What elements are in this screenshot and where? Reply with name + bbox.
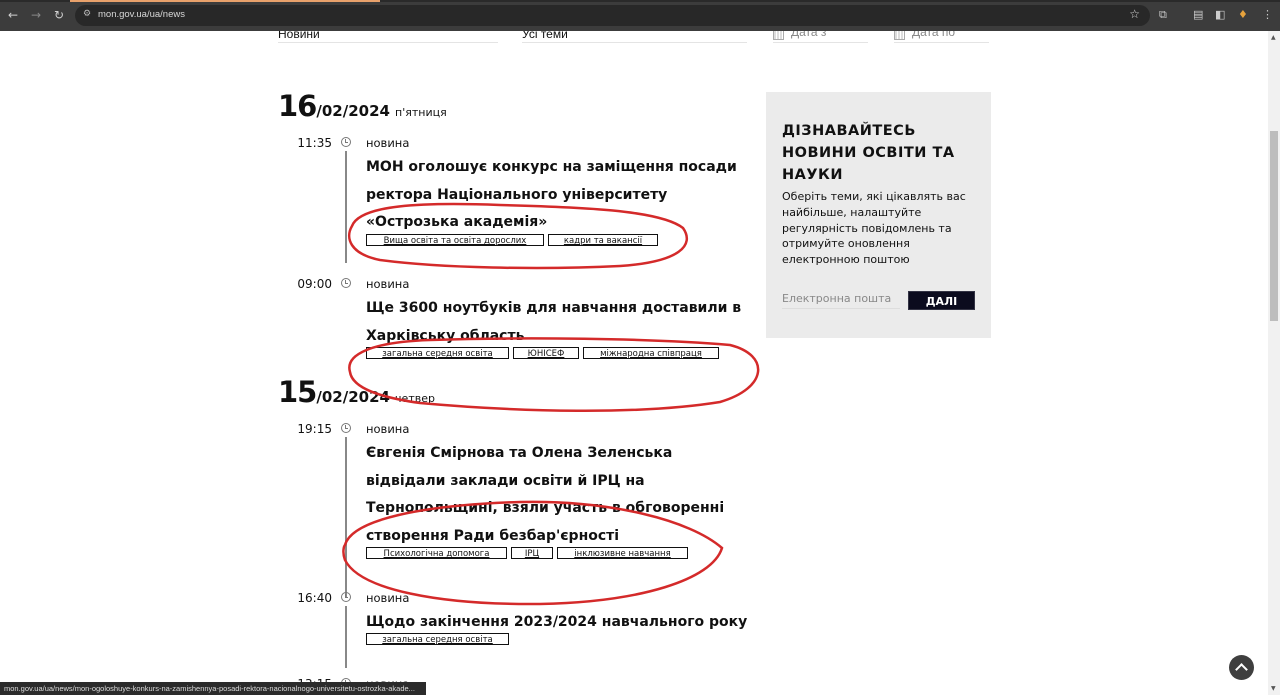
tag[interactable]: міжнародна співпраця	[583, 347, 719, 359]
news-time: 16:40	[296, 591, 332, 605]
reading-list-icon[interactable]: ▤	[1193, 8, 1203, 21]
news-title-link[interactable]: Ще 3600 ноутбуків для навчання доставили…	[366, 295, 746, 350]
tag[interactable]: кадри та вакансії	[548, 234, 658, 246]
browser-toolbar: ← → ↻ ⚙ mon.gov.ua/ua/news ☆ ⧉ ▤ ◧ ♦ ⋮	[0, 0, 1280, 31]
tag[interactable]: Вища освіта та освіта дорослих	[366, 234, 544, 246]
type-filter-value: Новини	[278, 31, 320, 41]
scroll-down-arrow-icon[interactable]: ▼	[1271, 685, 1276, 692]
news-type: новина	[366, 422, 409, 436]
extension-flame-icon[interactable]: ♦	[1238, 8, 1248, 21]
topic-filter[interactable]: Усі теми	[522, 31, 747, 43]
day-header: 16/02/2024 п'ятниця	[278, 89, 447, 123]
tag[interactable]: Психологічна допомога	[366, 547, 507, 559]
timeline-line	[345, 606, 347, 668]
news-title-link[interactable]: МОН оголошує конкурс на заміщення посади…	[366, 154, 746, 237]
tag[interactable]: загальна середня освіта	[366, 633, 509, 645]
newsletter-promo: ДІЗНАВАЙТЕСЬ НОВИНИ ОСВІТИ ТА НАУКИ Обер…	[766, 92, 991, 338]
news-type: новина	[366, 277, 409, 291]
tag[interactable]: ІРЦ	[511, 547, 553, 559]
month-year: /02/2024	[316, 102, 390, 120]
day-number: 15	[278, 375, 316, 409]
page-scrollbar[interactable]: ▲ ▼	[1268, 31, 1280, 695]
clock-icon	[341, 137, 351, 147]
tag-list: загальна середня освіта	[366, 633, 509, 645]
tag[interactable]: ЮНІСЕФ	[513, 347, 579, 359]
forward-icon[interactable]: →	[29, 8, 43, 22]
clock-icon	[341, 423, 351, 433]
month-year: /02/2024	[316, 388, 390, 406]
news-type: новина	[366, 136, 409, 150]
type-filter[interactable]: Новини	[278, 31, 498, 43]
tag[interactable]: інклюзивне навчання	[557, 547, 688, 559]
date-from-placeholder: Дата з	[791, 31, 826, 39]
weekday: четвер	[395, 392, 435, 405]
scrollbar-thumb[interactable]	[1270, 131, 1278, 321]
tag[interactable]: загальна середня освіта	[366, 347, 509, 359]
calendar-icon	[773, 31, 784, 40]
email-input[interactable]: Електронна пошта	[782, 292, 900, 309]
topic-filter-value: Усі теми	[522, 31, 568, 41]
tag-list: загальна середня освіта ЮНІСЕФ міжнародн…	[366, 347, 719, 359]
reload-icon[interactable]: ↻	[52, 8, 66, 22]
timeline-line	[345, 437, 347, 597]
promo-text: Оберіть теми, які цікавлять вас найбільш…	[782, 189, 982, 268]
clock-icon	[341, 592, 351, 602]
news-title-link[interactable]: Євгенія Смірнова та Олена Зеленська відв…	[366, 440, 746, 550]
link-status-bar: mon.gov.ua/ua/news/mon-ogoloshuye-konkur…	[0, 682, 426, 695]
timeline-line	[345, 151, 347, 263]
clock-icon	[341, 278, 351, 288]
tag-list: Психологічна допомога ІРЦ інклюзивне нав…	[366, 547, 688, 559]
promo-heading: ДІЗНАВАЙТЕСЬ НОВИНИ ОСВІТИ ТА НАУКИ	[782, 120, 982, 186]
scroll-up-arrow-icon[interactable]: ▲	[1271, 34, 1276, 41]
scroll-to-top-button[interactable]	[1229, 655, 1254, 680]
date-to-placeholder: Дата по	[912, 31, 955, 39]
address-bar[interactable]: ⚙ mon.gov.ua/ua/news ☆	[75, 5, 1150, 26]
active-tab-indicator	[70, 0, 380, 2]
news-time: 11:35	[296, 136, 332, 150]
tag-list: Вища освіта та освіта дорослих кадри та …	[366, 234, 658, 246]
news-type: новина	[366, 591, 409, 605]
calendar-icon	[894, 31, 905, 40]
news-time: 09:00	[296, 277, 332, 291]
side-panel-icon[interactable]: ◧	[1215, 8, 1225, 21]
bookmark-star-icon[interactable]: ☆	[1129, 7, 1140, 21]
day-header: 15/02/2024 четвер	[278, 375, 435, 409]
url-text: mon.gov.ua/ua/news	[98, 9, 185, 20]
date-from-field[interactable]: Дата з	[773, 31, 868, 43]
page-content: Новини Усі теми Дата з Дата по 16/02/202…	[0, 31, 1268, 695]
menu-kebab-icon[interactable]: ⋮	[1262, 8, 1273, 21]
site-info-icon[interactable]: ⚙	[83, 9, 91, 19]
news-time: 19:15	[296, 422, 332, 436]
weekday: п'ятниця	[395, 106, 447, 119]
date-to-field[interactable]: Дата по	[894, 31, 989, 43]
subscribe-next-button[interactable]: ДАЛІ	[908, 291, 975, 310]
extensions-icon[interactable]: ⧉	[1159, 8, 1167, 22]
back-icon[interactable]: ←	[6, 8, 20, 22]
day-number: 16	[278, 89, 316, 123]
